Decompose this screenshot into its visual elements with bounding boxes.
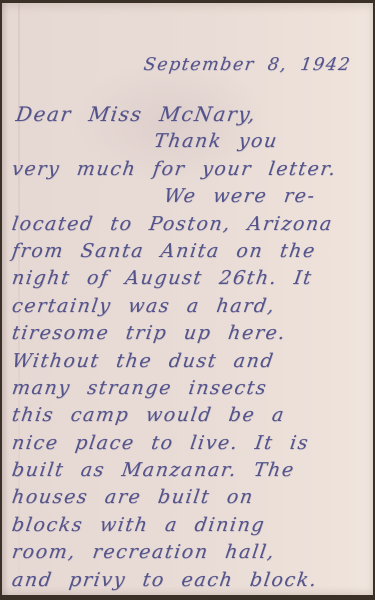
letter-line: room, recreation hall, bbox=[0, 539, 375, 566]
letter-line: and privy to each block. bbox=[0, 567, 375, 594]
letter-line: nice place to live. It is bbox=[0, 430, 375, 457]
letter-body: Dear Miss McNary, Thank you very much fo… bbox=[2, 101, 373, 594]
letter-line: built as Manzanar. The bbox=[0, 457, 375, 484]
letter-date: September 8, 1942 bbox=[0, 49, 375, 81]
letter-line: very much for your letter. bbox=[0, 156, 375, 183]
paper-sheet: September 8, 1942 Dear Miss McNary, Than… bbox=[2, 3, 373, 595]
handwriting-layer: September 8, 1942 Dear Miss McNary, Than… bbox=[2, 3, 373, 595]
letter-line: houses are built on bbox=[0, 484, 375, 511]
letter-line: blocks with a dining bbox=[0, 512, 375, 539]
letter-line: many strange insects bbox=[0, 375, 375, 402]
letter-line: Thank you bbox=[0, 128, 375, 155]
letter-line: this camp would be a bbox=[0, 402, 375, 429]
letter-line: located to Poston, Arizona bbox=[0, 211, 375, 238]
letter-line: Without the dust and bbox=[0, 348, 375, 375]
letter-salutation: Dear Miss McNary, bbox=[0, 101, 375, 128]
letter-line: certainly was a hard, bbox=[0, 293, 375, 320]
letter-line: We were re- bbox=[0, 183, 375, 210]
letter-scan: September 8, 1942 Dear Miss McNary, Than… bbox=[0, 0, 375, 600]
letter-line: tiresome trip up here. bbox=[0, 320, 375, 347]
letter-line: night of August 26th. It bbox=[0, 265, 375, 292]
letter-line: from Santa Anita on the bbox=[0, 238, 375, 265]
